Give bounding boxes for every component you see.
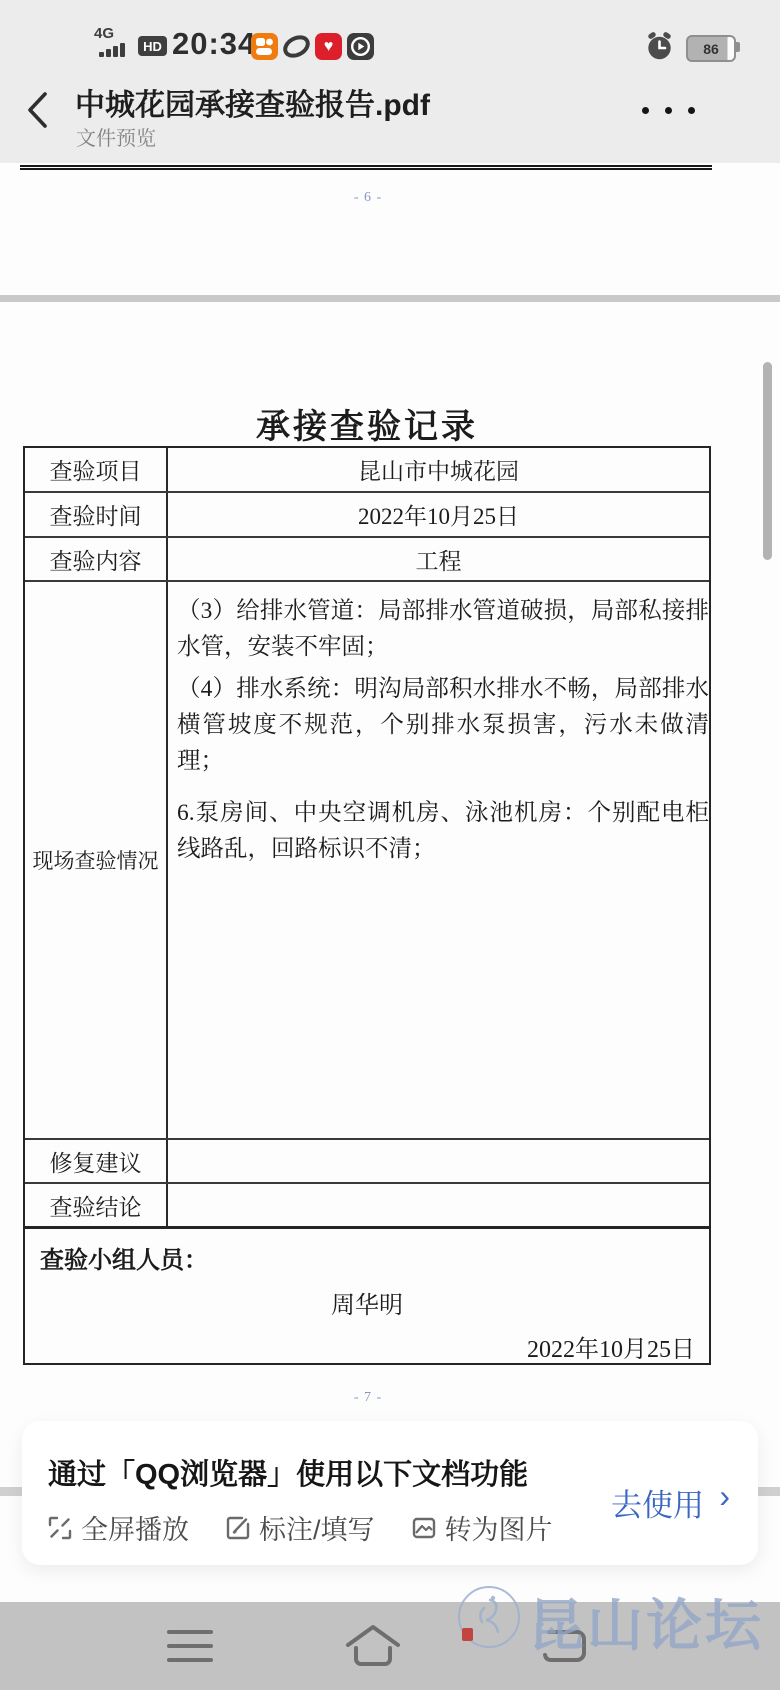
row-label-repair: 修复建议: [25, 1140, 166, 1182]
feature-label: 转为图片: [445, 1508, 553, 1547]
sign-date: 2022年10月25日: [527, 1329, 695, 1364]
row-label-conclusion: 查验结论: [25, 1184, 166, 1226]
battery-percent: 86: [703, 41, 719, 57]
status-time: 20:34: [172, 26, 256, 62]
home-icon: [345, 1623, 401, 1669]
inspection-table: 查验项目 昆山市中城花园 查验时间 2022年10月25日 查验内容 工程 现场…: [23, 446, 711, 1365]
heart-app-icon: ♥: [315, 33, 342, 60]
table-row-line-thick: [25, 1226, 709, 1229]
feature-label: 标注/填写: [259, 1508, 375, 1547]
banner-cta-button[interactable]: 去使用: [611, 1480, 704, 1525]
nav-home-button[interactable]: [313, 1602, 433, 1690]
row-value-time: 2022年10月25日: [168, 493, 709, 536]
edit-icon: [225, 1515, 251, 1541]
hd-volte-icon: HD: [138, 36, 167, 56]
pdf-page-6: [0, 163, 780, 295]
table-footer-section: 查验小组人员： 周华明 2022年10月25日: [25, 1230, 709, 1363]
oval-ring-glyph: [283, 33, 310, 60]
team-label: 查验小组人员：: [40, 1240, 208, 1275]
back-button[interactable]: [24, 90, 56, 130]
file-preview-subtitle: 文件预览: [76, 122, 156, 151]
row-value-project: 昆山市中城花园: [168, 448, 709, 491]
convert-to-image-button[interactable]: 转为图片: [411, 1508, 553, 1547]
row-label-content: 查验内容: [25, 538, 166, 580]
banner-features: 全屏播放 标注/填写 转为图片: [47, 1508, 553, 1547]
vertical-scrollbar[interactable]: [763, 362, 772, 560]
file-title: 中城花园承接查验报告.pdf: [75, 80, 430, 124]
phone-screen: 4G HD 20:34 ♥ 86: [0, 0, 780, 1690]
team-member: 周华明: [25, 1285, 709, 1320]
feature-label: 全屏播放: [81, 1508, 189, 1547]
signal-strength-icon: [99, 42, 135, 57]
watermark-text: 昆山论坛: [528, 1582, 764, 1662]
battery-icon: 86: [686, 35, 736, 62]
banner-title: 通过「QQ浏览器」使用以下文档功能: [48, 1452, 528, 1493]
page-number-7: - 7 -: [22, 1390, 714, 1406]
qq-browser-banner: 通过「QQ浏览器」使用以下文档功能 去使用 › 全屏播放 标注/填写: [22, 1421, 758, 1565]
fullscreen-icon: [47, 1515, 73, 1541]
image-icon: [411, 1515, 437, 1541]
alarm-clock-icon: [644, 31, 675, 67]
row-label-project: 查验项目: [25, 448, 166, 491]
forum-seal-icon: [462, 1628, 473, 1641]
page6-table-bottom-border: [20, 165, 712, 170]
camera-glyph: [255, 37, 274, 56]
document-title: 承接查验记录: [23, 399, 711, 448]
nav-menu-button[interactable]: [130, 1602, 250, 1690]
page-number-6: - 6 -: [22, 190, 714, 206]
row-label-site-inspection: 现场查验情况: [25, 582, 166, 1138]
row-value-conclusion: [168, 1184, 709, 1226]
site-inspection-text: （3）给排水管道：局部排水管道破损，局部私接排水管，安装不牢固； （4）排水系统…: [177, 593, 709, 873]
play-circle-glyph: [350, 36, 371, 57]
battery-nub: [736, 42, 740, 52]
hamburger-icon: [167, 1630, 213, 1662]
chevron-left-icon: [24, 90, 52, 130]
site-paragraph-2: （4）排水系统：明沟局部积水排水不畅，局部排水横管坡度不规范，个别排水泵损害，污…: [177, 671, 709, 779]
row-label-time: 查验时间: [25, 493, 166, 536]
site-paragraph-3: 6.泵房间、中央空调机房、泳池机房：个别配电柜线路乱，回路标识不清；: [177, 795, 709, 867]
row-value-content: 工程: [168, 538, 709, 580]
video-play-app-icon: [347, 33, 374, 60]
chevron-right-icon[interactable]: ›: [719, 1478, 730, 1515]
heart-glyph: ♥: [324, 38, 334, 56]
page-separator: [0, 295, 780, 302]
fullscreen-play-button[interactable]: 全屏播放: [47, 1508, 189, 1547]
kuaishou-app-icon: [251, 33, 278, 60]
row-value-repair: [168, 1140, 709, 1182]
ring-app-icon: [283, 33, 310, 60]
more-options-button[interactable]: [642, 100, 704, 120]
annotate-fill-button[interactable]: 标注/填写: [225, 1508, 375, 1547]
network-type-label: 4G: [94, 25, 114, 42]
site-paragraph-1: （3）给排水管道：局部排水管道破损，局部私接排水管，安装不牢固；: [177, 593, 709, 665]
